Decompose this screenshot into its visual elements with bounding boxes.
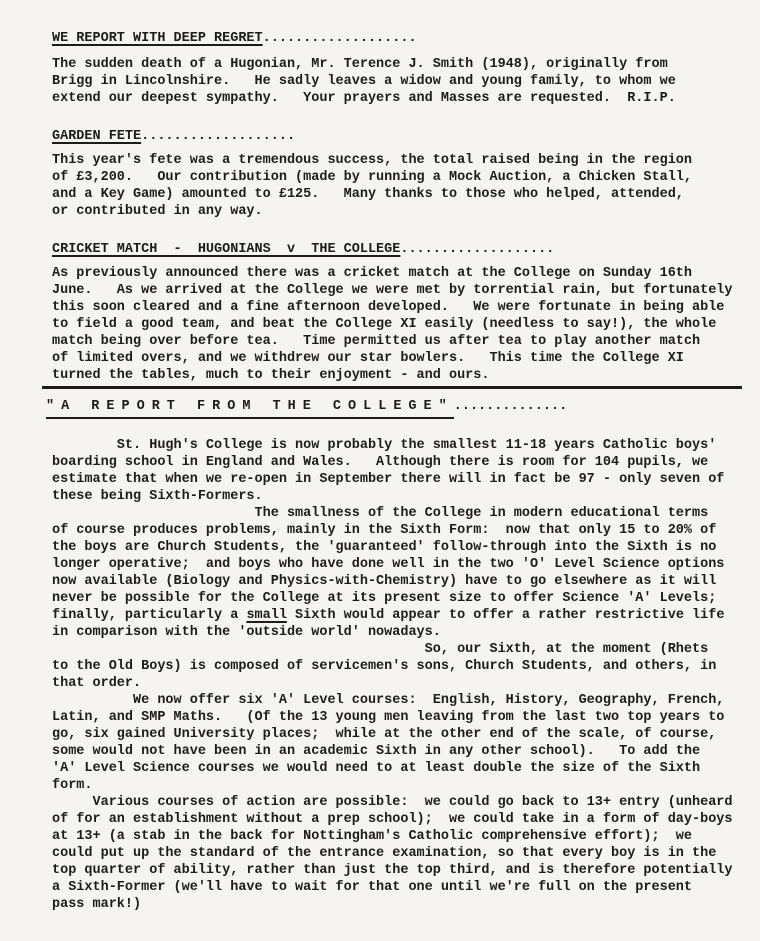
text-segment: Sixth would appear to offer a rather res… [287,608,724,623]
heading-text: CRICKET MATCH - HUGONIANS v THE COLLEGE [52,242,400,257]
text-line: or contributed in any way. [52,203,744,220]
section-body: This year's fete was a tremendous succes… [52,152,744,220]
text-line: pass mark!) [52,896,744,913]
text-line: The smallness of the College in modern e… [52,505,744,522]
text-line: As previously announced there was a cric… [52,265,744,282]
text-line: This year's fete was a tremendous succes… [52,152,744,169]
text-line: June. As we arrived at the College we we… [52,282,744,299]
section-college-report: "A REPORT FROM THE COLLEGE".............… [52,398,744,913]
text-line: estimate that when we re-open in Septemb… [52,471,744,488]
document-page: WE REPORT WITH DEEP REGRET..............… [0,0,760,941]
heading-text: "A REPORT FROM THE COLLEGE" [46,399,454,414]
horizontal-rule [42,386,742,389]
text-line: never be possible for the College at its… [52,590,744,607]
heading-dots: ................... [141,129,295,144]
underlined-word: small [246,608,287,623]
text-line: go, six gained University places; while … [52,726,744,743]
text-line: Various courses of action are possible: … [52,794,744,811]
text-line: Latin, and SMP Maths. (Of the 13 young m… [52,709,744,726]
section-heading: CRICKET MATCH - HUGONIANS v THE COLLEGE.… [52,241,744,258]
text-line: extend our deepest sympathy. Your prayer… [52,90,744,107]
text-line: to field a good team, and beat the Colle… [52,316,744,333]
section-body: The sudden death of a Hugonian, Mr. Tere… [52,56,744,107]
heading-underline [46,417,454,419]
text-line: boarding school in England and Wales. Al… [52,454,744,471]
text-line: of limited overs, and we withdrew our st… [52,350,744,367]
text-line: of for an establishment without a prep s… [52,811,744,828]
heading-dots: .............. [454,399,567,414]
text-line: longer operative; and boys who have done… [52,556,744,573]
text-segment: finally, particularly a [52,608,246,623]
text-line: form. [52,777,744,794]
text-line: finally, particularly a small Sixth woul… [52,607,744,624]
heading-text: WE REPORT WITH DEEP REGRET [52,31,263,46]
text-line: Brigg in Lincolnshire. He sadly leaves a… [52,73,744,90]
text-line: at 13+ (a stab in the back for Nottingha… [52,828,744,845]
section-obituary: WE REPORT WITH DEEP REGRET..............… [52,30,744,107]
text-line: and a Key Game) amounted to £125. Many t… [52,186,744,203]
text-line: of course produces problems, mainly in t… [52,522,744,539]
section-body: As previously announced there was a cric… [52,265,744,384]
text-line: these being Sixth-Formers. [52,488,744,505]
text-line: The sudden death of a Hugonian, Mr. Tere… [52,56,744,73]
heading-dots: ................... [400,242,554,257]
text-line: We now offer six 'A' Level courses: Engl… [52,692,744,709]
section-body: St. Hugh's College is now probably the s… [52,437,744,913]
heading-dots: ................... [263,31,417,46]
text-line: this soon cleared and a fine afternoon d… [52,299,744,316]
text-line: some would not have been in an academic … [52,743,744,760]
section-heading: GARDEN FETE................... [52,128,744,145]
section-heading: WE REPORT WITH DEEP REGRET..............… [52,30,744,47]
section-cricket-match: CRICKET MATCH - HUGONIANS v THE COLLEGE.… [52,241,744,384]
heading-text: GARDEN FETE [52,129,141,144]
text-line: top quarter of ability, rather than just… [52,862,744,879]
text-line: turned the tables, much to their enjoyme… [52,367,744,384]
text-line: could put up the standard of the entranc… [52,845,744,862]
text-line: a Sixth-Former (we'll have to wait for t… [52,879,744,896]
text-line: to the Old Boys) is composed of servicem… [52,658,744,675]
text-line: of £3,200. Our contribution (made by run… [52,169,744,186]
text-line: now available (Biology and Physics-with-… [52,573,744,590]
text-line: St. Hugh's College is now probably the s… [52,437,744,454]
section-heading: "A REPORT FROM THE COLLEGE".............… [46,398,744,415]
text-line: So, our Sixth, at the moment (Rhets [52,641,744,658]
text-line: 'A' Level Science courses we would need … [52,760,744,777]
text-line: in comparison with the 'outside world' n… [52,624,744,641]
text-line: match being over before tea. Time permit… [52,333,744,350]
text-line: the boys are Church Students, the 'guara… [52,539,744,556]
text-line: that order. [52,675,744,692]
section-garden-fete: GARDEN FETE................... This year… [52,128,744,220]
